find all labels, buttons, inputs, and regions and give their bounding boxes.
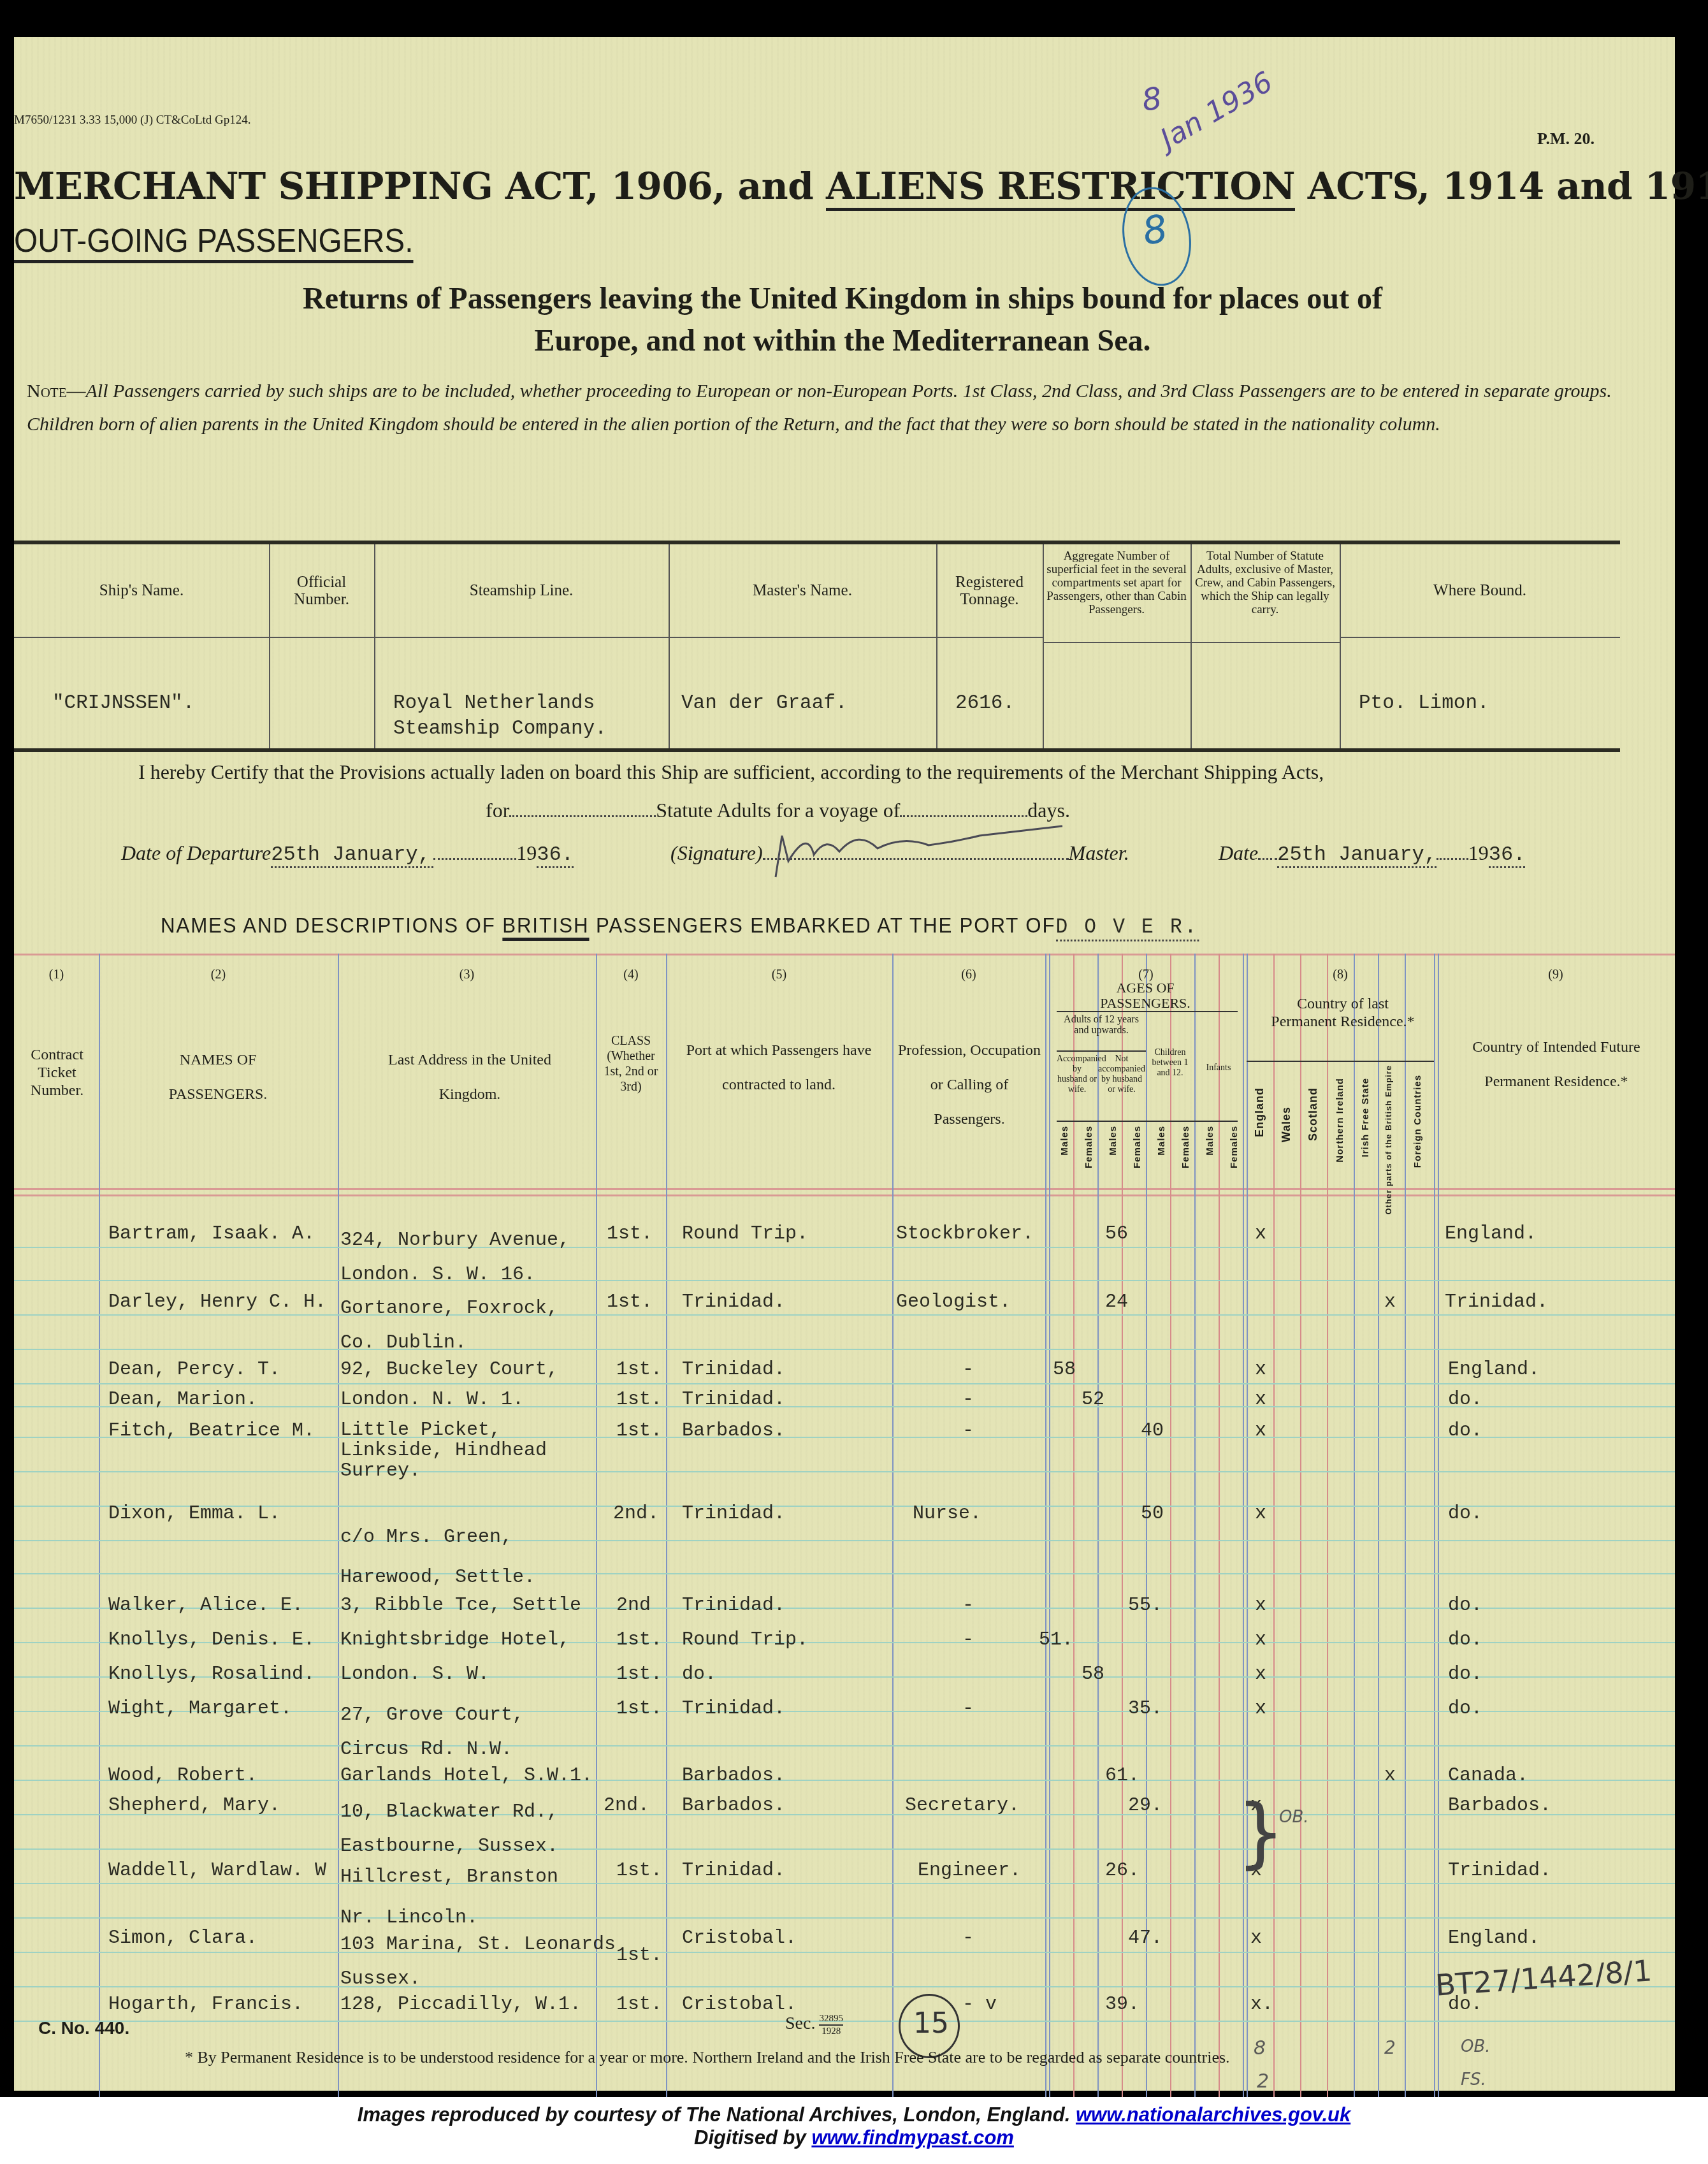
certification-date: Date25th January,1936. [1219,841,1525,868]
col-names: NAMES OF PASSENGERS. [141,1043,294,1112]
col-ages: AGES OF PASSENGERS. [1072,980,1219,1011]
handwritten-date: Jan 1936 [1155,66,1278,156]
official-number-column: Official Number. [269,544,375,748]
tonnage-column: Registered Tonnage. 2616. [936,544,1044,748]
british-label: BRITISH [502,913,589,941]
departure-date-value: 25th January, [271,843,433,868]
residence-mark: x [1255,1223,1266,1245]
signature-line: (Signature)Master. [670,841,1129,865]
form-c-number: C. No. 440. [38,2018,129,2038]
section-reference: Sec.328951928 [785,2013,843,2037]
master-name-column: Master's Name. Van der Graaf. [669,544,937,748]
col-address: Last Address in the United Kingdom. [371,1043,568,1112]
residence-mark: x [1255,1595,1266,1616]
note-paragraph: Note—All Passengers carried by such ship… [27,375,1614,441]
certification-date-value: 25th January, [1277,843,1437,868]
date-of-departure: Date of Departure25th January,1936. [121,841,574,868]
steamship-line-value: Royal Netherlands Steamship Company. [393,691,607,742]
document-page: M7650/1231 3.33 15,000 (J) CT&CoLtd Gp12… [14,37,1675,2091]
master-name-value: Van der Graaf. [681,691,847,716]
residence-mark: x [1255,1420,1266,1442]
col-occupation: Profession, Occupation or Calling of Pas… [897,1033,1042,1136]
aggregate-feet-column: Aggregate Number of superficial feet in … [1043,544,1192,748]
col-contract-ticket: Contract Ticket Number. [17,1046,97,1100]
residence-mark: x. [1250,1994,1273,2015]
ship-details-table: Ship's Name. "CRIJNSSEN". Official Numbe… [14,541,1620,752]
residence-mark: x [1255,1359,1266,1381]
passenger-table: (1) Contract Ticket Number. (2) NAMES OF… [14,954,1675,2128]
steamship-line-column: Steamship Line. Royal Netherlands Steams… [374,544,670,748]
col-last-residence: Country of last Permanent Residence.* [1263,995,1422,1031]
col-future-residence: Country of Intended Future Permanent Res… [1448,1030,1665,1099]
where-bound-column: Where Bound. Pto. Limon. [1340,544,1620,748]
image-credit: Images reproduced by courtesy of The Nat… [0,2097,1708,2164]
title-underlined: ALIENS RESTRICTION [826,164,1295,211]
col-port: Port at which Passengers have contracted… [670,1033,887,1102]
reference-annotation: BT27/1442/8/1 [1435,1953,1653,2003]
statute-adults-column: Total Number of Statute Adults, exclusiv… [1191,544,1341,748]
residence-mark: x [1384,1765,1396,1787]
findmypast-link[interactable]: www.findmypast.com [811,2126,1014,2149]
tonnage-value: 2616. [955,691,1015,716]
residence-mark: x [1255,1629,1266,1651]
outgoing-heading: OUT-GOING PASSENGERS. [14,222,413,263]
subtitle: Returns of Passengers leaving the United… [141,278,1544,362]
page-title: MERCHANT SHIPPING ACT, 1906, and ALIENS … [14,164,1708,208]
national-archives-link[interactable]: www.nationalarchives.gov.uk [1076,2103,1350,2126]
section-heading: NAMES AND DESCRIPTIONS OF BRITISH PASSEN… [161,913,1199,941]
port-value: D O V E R. [1055,915,1199,941]
master-signature [763,858,1069,860]
residence-mark: x [1255,1503,1266,1525]
certification-text: I hereby Certify that the Provisions act… [138,760,1324,784]
residence-mark: x [1255,1664,1266,1685]
footnote: * By Permanent Residence is to be unders… [185,2048,1230,2067]
ship-name-column: Ship's Name. "CRIJNSSEN". [14,544,270,748]
provisions-line: forStatute Adults for a voyage ofdays. [486,799,1070,822]
note-text: All Passengers carried by such ships are… [27,381,1612,435]
residence-mark: x [1384,1291,1396,1313]
residence-mark: x [1255,1389,1266,1411]
handwritten-date-number: 8 [1140,80,1164,119]
residence-mark: x [1255,1698,1266,1720]
col-class: CLASS (Whether 1st, 2nd or 3rd) [599,1033,663,1094]
form-code: P.M. 20. [1537,129,1595,149]
note-label: Note— [27,381,86,402]
where-bound-value: Pto. Limon. [1359,691,1489,716]
residence-mark: x [1250,1928,1262,1949]
ship-name-value: "CRIJNSSEN". [52,691,194,716]
print-code: M7650/1231 3.33 15,000 (J) CT&CoLtd Gp12… [14,113,251,127]
